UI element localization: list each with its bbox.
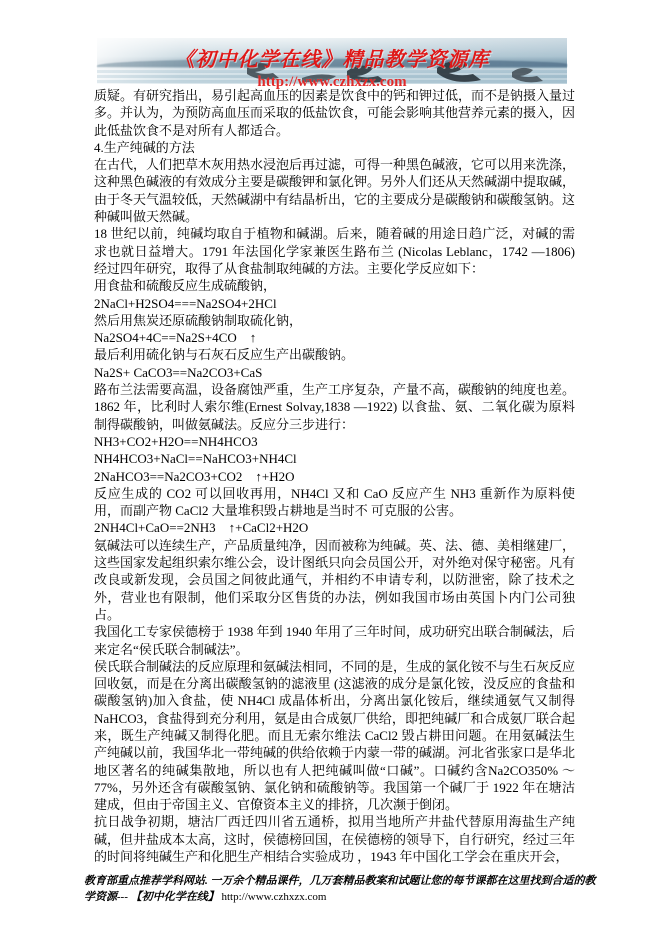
paragraph: 2NaCl+H2SO4===Na2SO4+2HCl [94, 295, 575, 312]
paragraph: Na2S+ CaCO3==Na2CO3+CaS [94, 364, 575, 381]
paragraph: Na2SO4+4C==Na2S+4CO ↑ [94, 329, 575, 346]
paragraph: 2NH4Cl+CaO==2NH3 ↑+CaCl2+H2O [94, 519, 575, 536]
footer-text: 教育部重点推荐学科网站. 一万余个精品课件，几万套精品教案和试题让您的每节课都在… [84, 875, 596, 903]
paragraph: 反应生成的 CO2 可以回收再用，NH4Cl 又和 CaO 反应产生 NH3 重… [94, 485, 575, 520]
document-body: 质疑。有研究指出，易引起高血压的因素是饮食中的钙和钾过低，而不是钠摄入量过多。并… [94, 87, 575, 865]
footer-url: http://www.czhxzx.com [222, 891, 327, 903]
document-page: 《初中化学在线》精品教学资源库 http://www.czhxzx.com 质疑… [0, 0, 662, 936]
paragraph: 氨碱法可以连续生产，产品质量纯净，因而被称为纯碱。英、法、德、美相继建厂，这些国… [94, 537, 575, 623]
footer-promo: 教育部重点推荐学科网站. 一万余个精品课件，几万套精品教案和试题让您的每节课都在… [84, 873, 596, 905]
site-banner: 《初中化学在线》精品教学资源库 http://www.czhxzx.com [97, 38, 567, 84]
paragraph: 路布兰法需要高温，设备腐蚀严重，生产工序复杂，产量不高，碳酸钠的纯度也差。186… [94, 381, 575, 433]
paragraph: 抗日战争初期，塘沽厂西迁四川省五通桥，拟用当地所产井盐代替原用海盐生产纯碱，但井… [94, 813, 575, 865]
paragraph: 在古代，人们把草木灰用热水浸泡后再过滤，可得一种黑色碱液，它可以用来洗涤，这种黑… [94, 156, 575, 225]
paragraph: 侯氏联合制碱法的反应原理和氨碱法相同，不同的是，生成的氯化铵不与生石灰反应回收氨… [94, 658, 575, 814]
paragraph: NH3+CO2+H2O==NH4HCO3 [94, 433, 575, 450]
paragraph: 最后利用硫化钠与石灰石反应生产出碳酸钠。 [94, 346, 575, 363]
paragraph: 4.生产纯碱的方法 [94, 139, 575, 156]
paragraph: 用食盐和硫酸反应生成硫酸钠， [94, 277, 575, 294]
paragraph: 质疑。有研究指出，易引起高血压的因素是饮食中的钙和钾过低，而不是钠摄入量过多。并… [94, 87, 575, 139]
paragraph: 然后用焦炭还原硫酸钠制取硫化钠， [94, 312, 575, 329]
paragraph: 2NaHCO3==Na2CO3+CO2 ↑+H2O [94, 468, 575, 485]
banner-title: 《初中化学在线》精品教学资源库 [97, 43, 567, 72]
paragraph: NH4HCO3+NaCl==NaHCO3+NH4Cl [94, 450, 575, 467]
paragraph: 我国化工专家侯德榜于 1938 年到 1940 年用了三年时间，成功研究出联合制… [94, 623, 575, 658]
paragraph: 18 世纪以前，纯碱均取自于植物和碱湖。后来，随着碱的用途日趋广泛，对碱的需求也… [94, 225, 575, 277]
